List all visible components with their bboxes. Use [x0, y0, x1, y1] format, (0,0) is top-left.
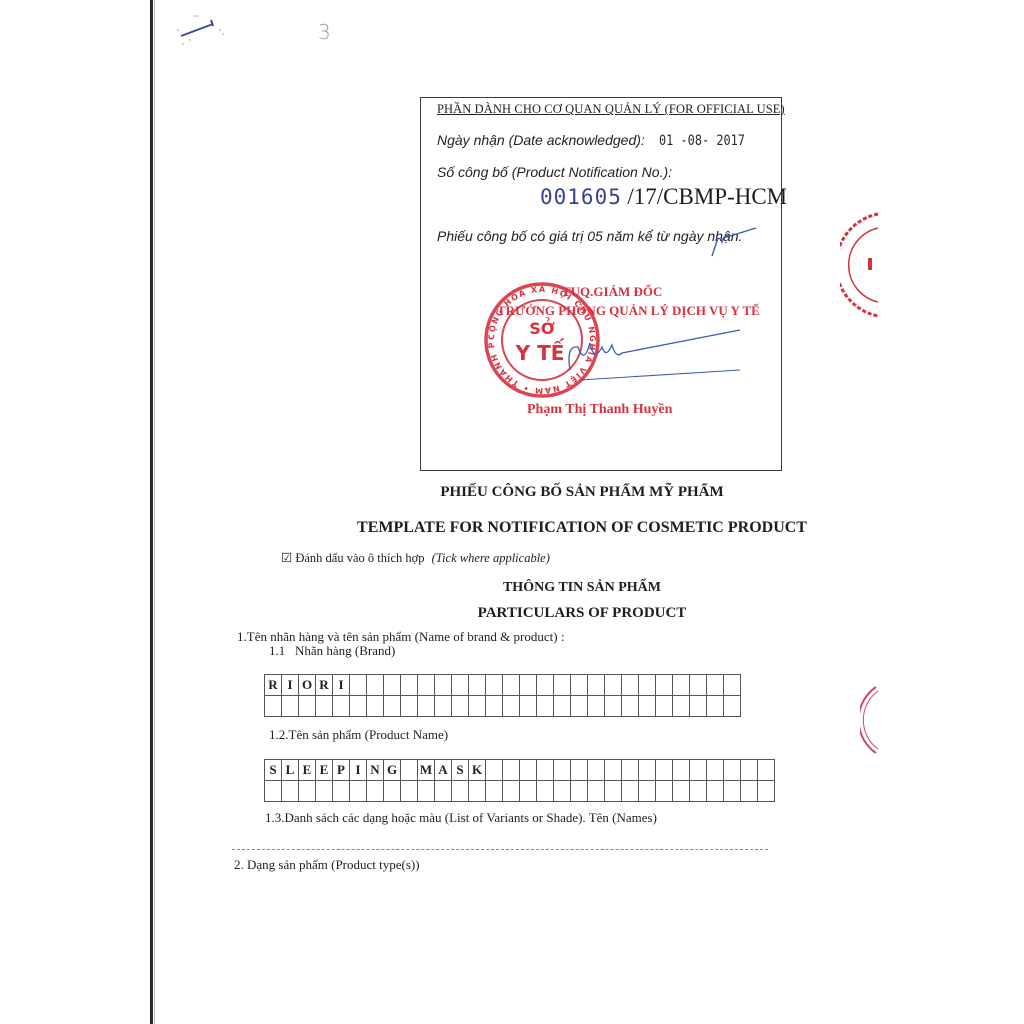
grid-cell[interactable] [299, 781, 316, 802]
grid-cell[interactable] [418, 781, 435, 802]
grid-cell[interactable] [605, 675, 622, 696]
grid-cell[interactable] [401, 675, 418, 696]
grid-cell[interactable] [588, 760, 605, 781]
grid-cell[interactable] [656, 696, 673, 717]
grid-cell[interactable] [622, 696, 639, 717]
grid-cell[interactable] [520, 781, 537, 802]
grid-cell[interactable] [537, 781, 554, 802]
notification-number: 001605 /17/CBMP-HCM [540, 184, 787, 210]
grid-cell[interactable] [469, 675, 486, 696]
grid-cell[interactable] [758, 760, 775, 781]
grid-cell[interactable]: M [418, 760, 435, 781]
grid-cell[interactable] [316, 781, 333, 802]
grid-cell[interactable] [639, 675, 656, 696]
signature-icon [560, 325, 745, 385]
grid-cell[interactable] [690, 675, 707, 696]
grid-cell[interactable] [520, 675, 537, 696]
grid-cell[interactable] [367, 781, 384, 802]
grid-cell[interactable] [724, 675, 741, 696]
grid-cell[interactable] [350, 675, 367, 696]
grid-cell[interactable] [571, 781, 588, 802]
official-use-heading: PHẦN DÀNH CHO CƠ QUAN QUẢN LÝ (FOR OFFIC… [437, 102, 785, 117]
grid-cell[interactable]: K [469, 760, 486, 781]
grid-cell[interactable] [486, 675, 503, 696]
grid-cell[interactable] [401, 696, 418, 717]
item1-1-label: 1.1 Nhãn hàng (Brand) [269, 643, 395, 659]
grid-cell[interactable] [469, 696, 486, 717]
grid-cell[interactable]: S [452, 760, 469, 781]
grid-cell[interactable] [537, 675, 554, 696]
grid-cell[interactable]: R [265, 675, 282, 696]
grid-cell[interactable] [639, 760, 656, 781]
signer-name: Phạm Thị Thanh Huyền [527, 402, 672, 418]
grid-cell[interactable] [486, 760, 503, 781]
grid-cell[interactable] [486, 781, 503, 802]
grid-cell[interactable]: O [299, 675, 316, 696]
grid-cell[interactable] [537, 696, 554, 717]
grid-cell[interactable]: E [299, 760, 316, 781]
initials-signature-icon [708, 226, 763, 258]
grid-cell[interactable] [367, 675, 384, 696]
grid-cell[interactable] [418, 696, 435, 717]
tick-instruction: ☑ Đánh dấu vào ô thích hợp (Tick where a… [281, 550, 550, 566]
item1-3-label: 1.3.Danh sách các dạng hoặc màu (List of… [265, 810, 657, 826]
date-acknowledged-row: Ngày nhận (Date acknowledged): 01 -08- 2… [437, 132, 760, 149]
notification-number-label: Số công bố (Product Notification No.): [437, 164, 672, 180]
grid-cell[interactable] [520, 696, 537, 717]
date-acknowledged-value: 01 -08- 2017 [659, 133, 745, 149]
form-title-vn: PHIẾU CÔNG BỐ SẢN PHẨM MỸ PHẨM [0, 484, 1024, 501]
section-title-vn: THÔNG TIN SẢN PHẨM [0, 580, 1024, 596]
grid-cell[interactable]: R [316, 675, 333, 696]
grid-cell[interactable] [724, 781, 741, 802]
grid-cell[interactable] [571, 675, 588, 696]
brand-input-grid[interactable]: RIORI [264, 674, 741, 717]
grid-cell[interactable] [554, 675, 571, 696]
grid-cell[interactable]: G [384, 760, 401, 781]
validity-note: Phiếu công bố có giá trị 05 năm kể từ ng… [437, 228, 742, 244]
grid-cell[interactable] [469, 781, 486, 802]
item1-2-label: 1.2.Tên sản phẩm (Product Name) [269, 727, 448, 743]
grid-cell[interactable] [265, 696, 282, 717]
grid-cell[interactable] [350, 696, 367, 717]
grid-cell[interactable] [316, 696, 333, 717]
grid-cell[interactable] [690, 760, 707, 781]
grid-cell[interactable]: L [282, 760, 299, 781]
grid-cell[interactable]: I [350, 760, 367, 781]
partial-seal-icon [840, 210, 880, 320]
grid-cell[interactable] [690, 781, 707, 802]
grid-cell[interactable] [588, 675, 605, 696]
grid-cell[interactable] [384, 696, 401, 717]
grid-cell[interactable] [656, 760, 673, 781]
grid-cell[interactable] [673, 696, 690, 717]
partial-seal-icon [860, 685, 880, 755]
grid-cell[interactable]: N [367, 760, 384, 781]
variants-entry-line[interactable] [232, 849, 768, 850]
grid-cell[interactable] [520, 760, 537, 781]
grid-cell[interactable]: S [265, 760, 282, 781]
grid-cell[interactable] [639, 696, 656, 717]
grid-cell[interactable] [333, 781, 350, 802]
page-binding-edge-shadow [154, 0, 155, 1024]
grid-cell[interactable] [673, 781, 690, 802]
grid-cell[interactable] [350, 781, 367, 802]
section-title-en: PARTICULARS OF PRODUCT [0, 605, 1024, 622]
grid-cell[interactable] [435, 781, 452, 802]
grid-cell[interactable] [707, 675, 724, 696]
handwritten-scribble-icon [175, 10, 235, 45]
grid-cell[interactable] [588, 781, 605, 802]
grid-cell[interactable]: E [316, 760, 333, 781]
grid-cell[interactable] [724, 760, 741, 781]
form-title-en: TEMPLATE FOR NOTIFICATION OF COSMETIC PR… [0, 519, 1024, 537]
grid-cell[interactable] [299, 696, 316, 717]
svg-text:Y TẾ: Y TẾ [515, 339, 565, 365]
grid-cell[interactable] [605, 696, 622, 717]
notification-number-value: 001605 [540, 185, 622, 209]
official-use-heading-en: (FOR OFFICIAL USE) [665, 102, 785, 116]
grid-cell[interactable] [503, 696, 520, 717]
grid-cell[interactable] [622, 781, 639, 802]
product-name-input-grid[interactable]: SLEEPING MASK [264, 759, 775, 802]
checked-box-icon: ☑ [281, 551, 292, 565]
grid-cell[interactable] [554, 781, 571, 802]
grid-cell[interactable] [707, 696, 724, 717]
grid-cell[interactable] [503, 760, 520, 781]
grid-cell[interactable]: A [435, 760, 452, 781]
grid-cell[interactable] [656, 781, 673, 802]
grid-cell[interactable] [588, 696, 605, 717]
grid-cell[interactable] [503, 781, 520, 802]
grid-cell[interactable] [282, 781, 299, 802]
tick-note-vn: Đánh dấu vào ô thích hợp [295, 551, 424, 565]
page-binding-edge [150, 0, 153, 1024]
grid-cell[interactable] [656, 675, 673, 696]
page-number-mark: 3 [318, 20, 331, 44]
grid-cell[interactable] [622, 760, 639, 781]
grid-cell[interactable] [707, 781, 724, 802]
grid-cell[interactable] [435, 696, 452, 717]
grid-cell[interactable] [673, 675, 690, 696]
grid-cell[interactable] [741, 760, 758, 781]
grid-cell[interactable] [724, 696, 741, 717]
grid-cell[interactable] [537, 760, 554, 781]
grid-cell[interactable] [605, 760, 622, 781]
grid-cell[interactable] [605, 781, 622, 802]
grid-cell[interactable] [571, 696, 588, 717]
grid-cell[interactable] [401, 781, 418, 802]
grid-cell[interactable] [452, 696, 469, 717]
grid-cell[interactable] [571, 760, 588, 781]
grid-cell[interactable] [673, 760, 690, 781]
date-acknowledged-label: Ngày nhận (Date acknowledged): [437, 132, 645, 148]
grid-cell[interactable] [401, 760, 418, 781]
grid-cell[interactable] [741, 781, 758, 802]
grid-cell[interactable] [435, 675, 452, 696]
grid-cell[interactable] [690, 696, 707, 717]
grid-cell[interactable] [758, 781, 775, 802]
grid-cell[interactable]: P [333, 760, 350, 781]
grid-cell[interactable] [554, 696, 571, 717]
grid-cell[interactable] [367, 696, 384, 717]
grid-cell[interactable] [622, 675, 639, 696]
grid-cell[interactable]: I [282, 675, 299, 696]
official-use-heading-vn: PHẦN DÀNH CHO CƠ QUAN QUẢN LÝ [437, 102, 661, 116]
notification-number-suffix: /17/CBMP-HCM [627, 184, 787, 209]
grid-cell[interactable] [554, 760, 571, 781]
grid-cell[interactable] [384, 781, 401, 802]
grid-cell[interactable] [282, 696, 299, 717]
grid-cell[interactable] [265, 781, 282, 802]
grid-cell[interactable] [639, 781, 656, 802]
grid-cell[interactable]: I [333, 675, 350, 696]
grid-cell[interactable] [503, 675, 520, 696]
grid-cell[interactable] [384, 675, 401, 696]
grid-cell[interactable] [418, 675, 435, 696]
grid-cell[interactable] [452, 675, 469, 696]
grid-cell[interactable] [452, 781, 469, 802]
grid-cell[interactable] [486, 696, 503, 717]
grid-cell[interactable] [707, 760, 724, 781]
grid-cell[interactable] [333, 696, 350, 717]
svg-text:SỞ: SỞ [529, 317, 555, 338]
item2-label: 2. Dạng sản phẩm (Product type(s)) [234, 857, 420, 873]
tick-note-en: (Tick where applicable) [432, 551, 550, 565]
